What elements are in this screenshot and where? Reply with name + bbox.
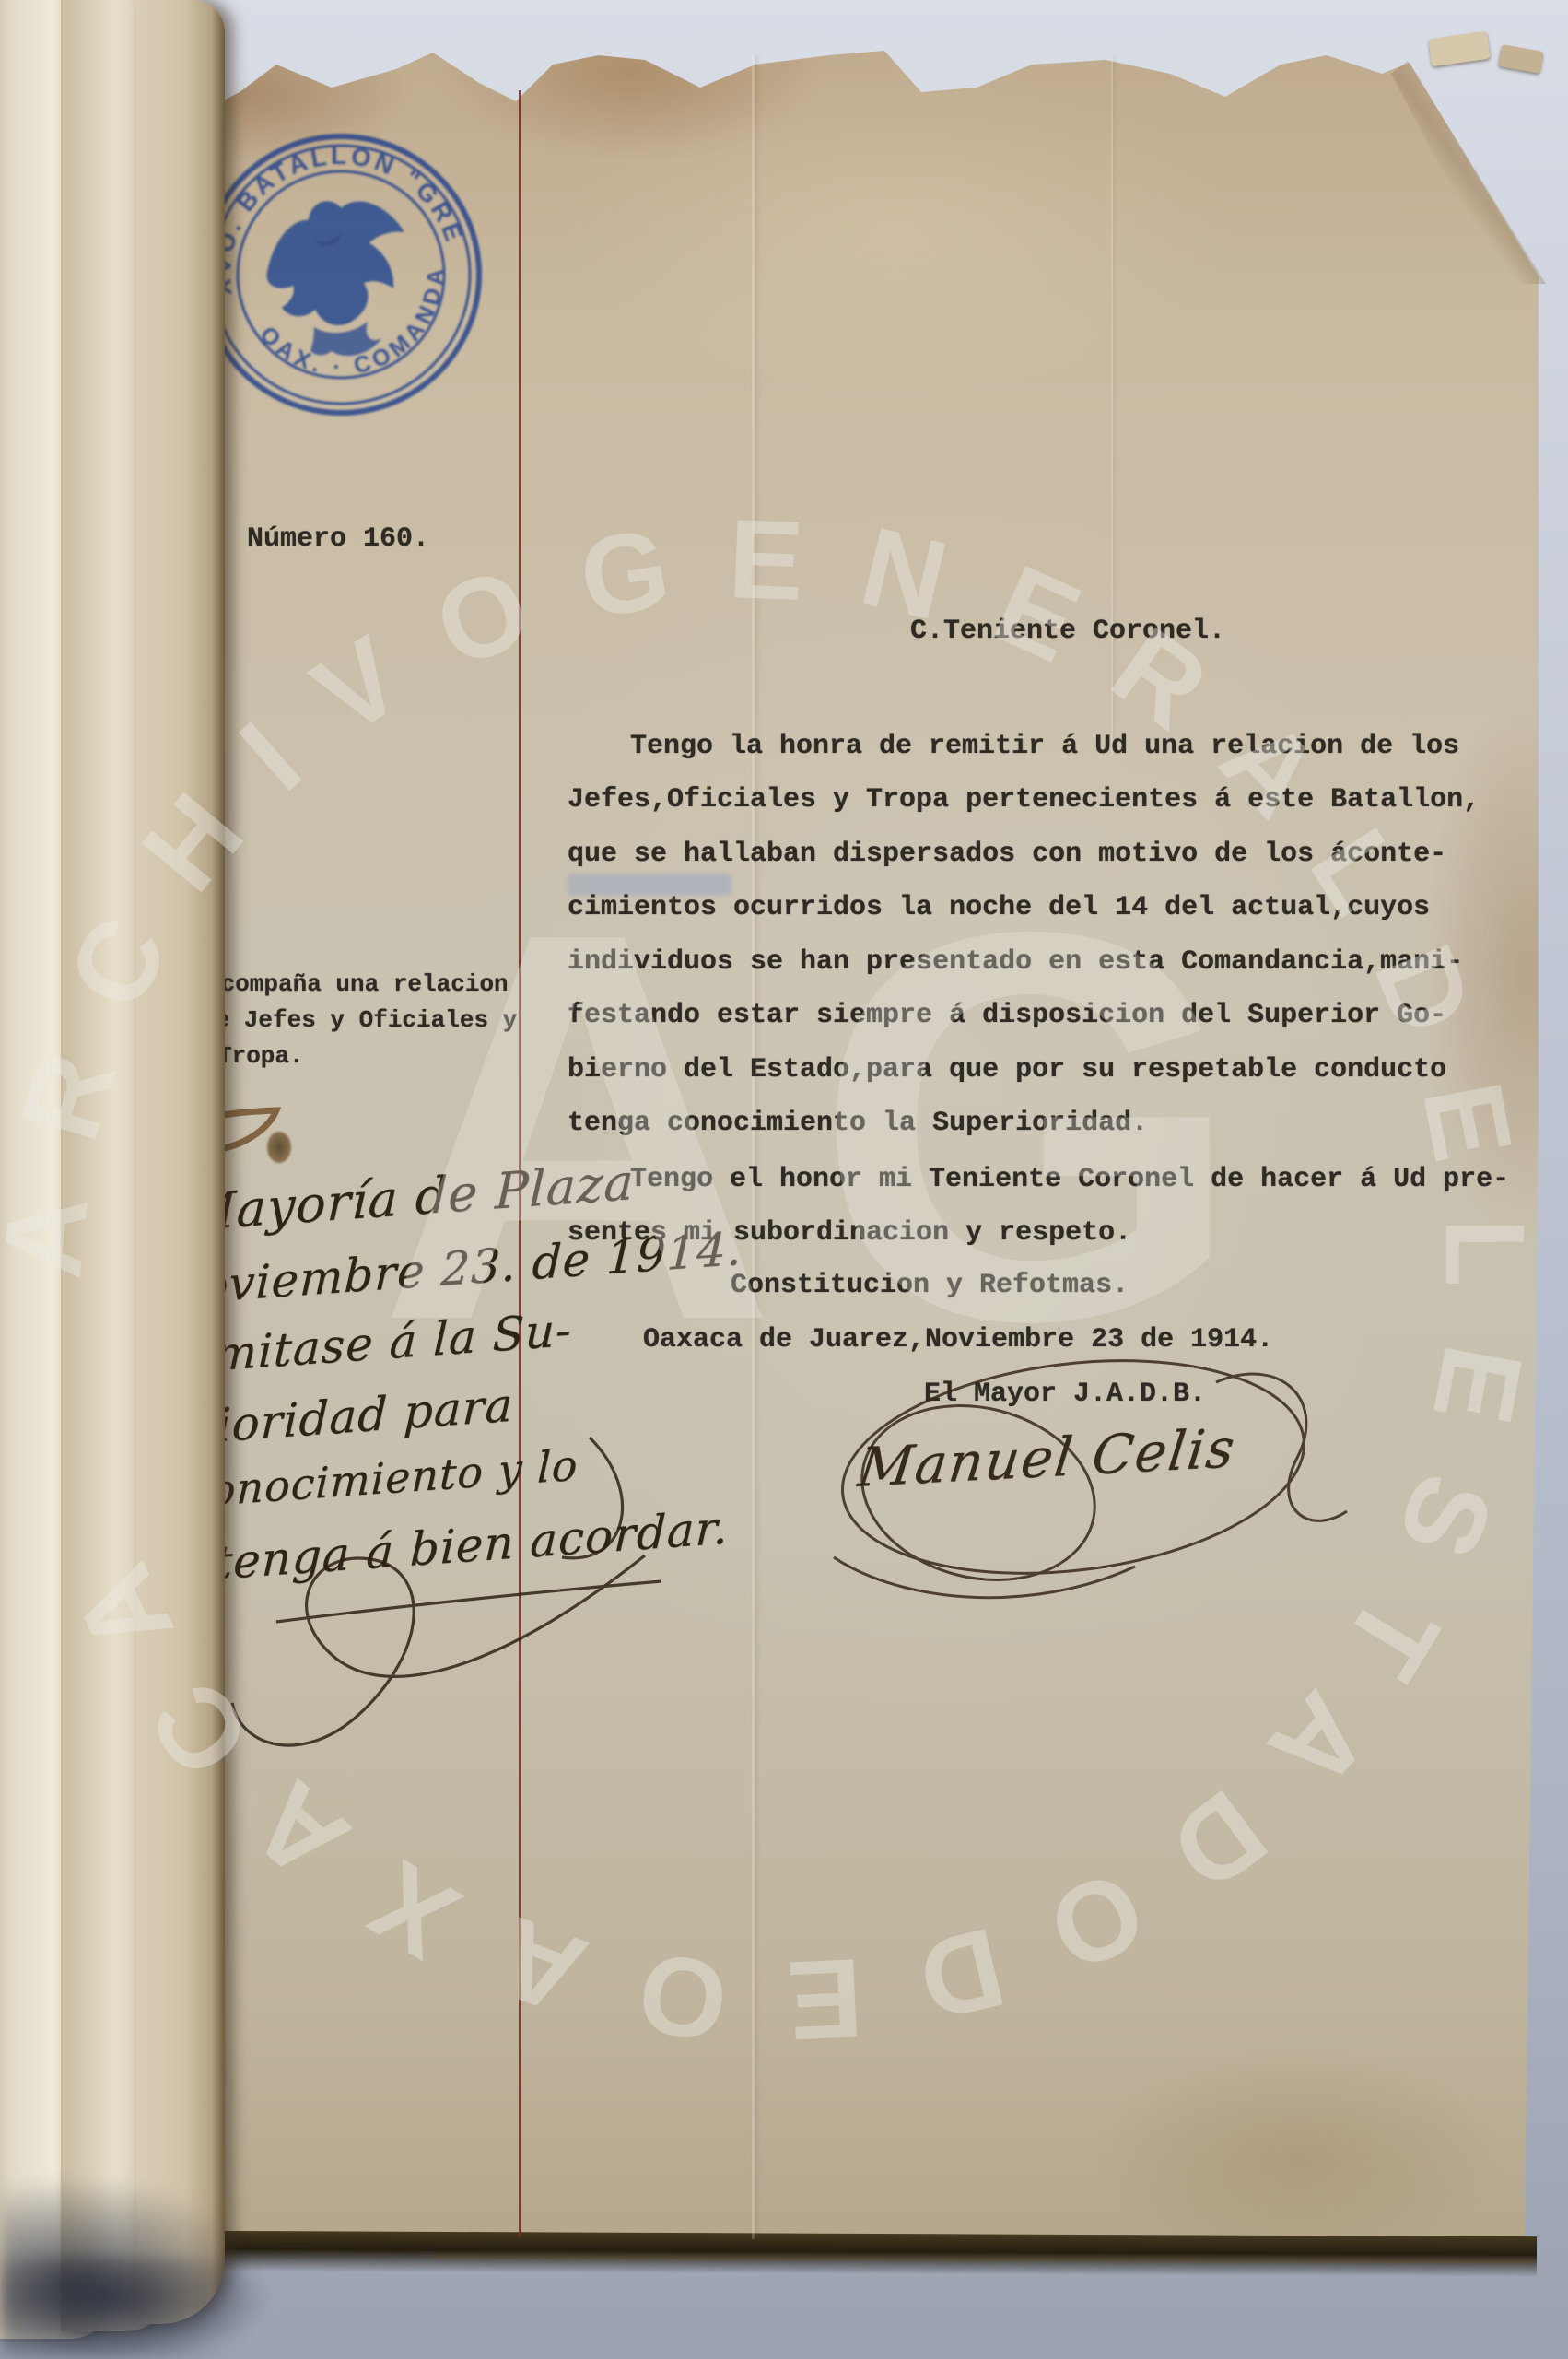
body-line: bierno del Estado,para que por su respet… [568,1054,1446,1086]
body-line: tenga conocimiento la Superioridad. [568,1108,1148,1139]
salutation: C.Teniente Coronel. [910,616,1225,647]
dateline: Oaxaca de Juarez,Noviembre 23 de 1914. [643,1324,1273,1356]
body-line: festando estar siempre á disposicion del… [568,1000,1446,1031]
side-note-line: Acompaña una relacion [206,970,509,998]
motto-line: Constitucion y Refotmas. [731,1270,1129,1301]
body-line: cimientos ocurridos la noche del 14 del … [568,892,1430,923]
torn-fragment [1428,31,1491,67]
fold-crease [752,55,755,2239]
body-line: Jefes,Oficiales y Tropa pertenecientes á… [568,784,1480,816]
body-line: que se hallaban dispersados con motivo d… [568,839,1446,870]
torn-fragment [1498,44,1543,74]
corner-shadow [0,2182,249,2359]
body-line: individuos se han presentado en esta Com… [568,946,1463,978]
body-line: Tengo el honor mi Teniente Coronel de ha… [630,1164,1509,1195]
document-number: Número 160. [247,523,429,555]
document-page [205,51,1539,2246]
body-line: Tengo la honra de remitir á Ud una relac… [630,731,1459,762]
side-note-line: de Jefes y Oficiales y [201,1006,517,1034]
binding-hole [267,1132,291,1163]
archival-photo: XVO. BATALLON "GREGORIO CHAVEZ" OAX. · C… [0,0,1568,2359]
side-note-line: Tropa. [217,1042,304,1070]
curled-sheet [136,0,225,2324]
fold-crease [1111,55,1113,756]
signer-title: El Mayor J.A.D.B. [924,1379,1206,1410]
page-bottom-shadow [217,2231,1537,2277]
